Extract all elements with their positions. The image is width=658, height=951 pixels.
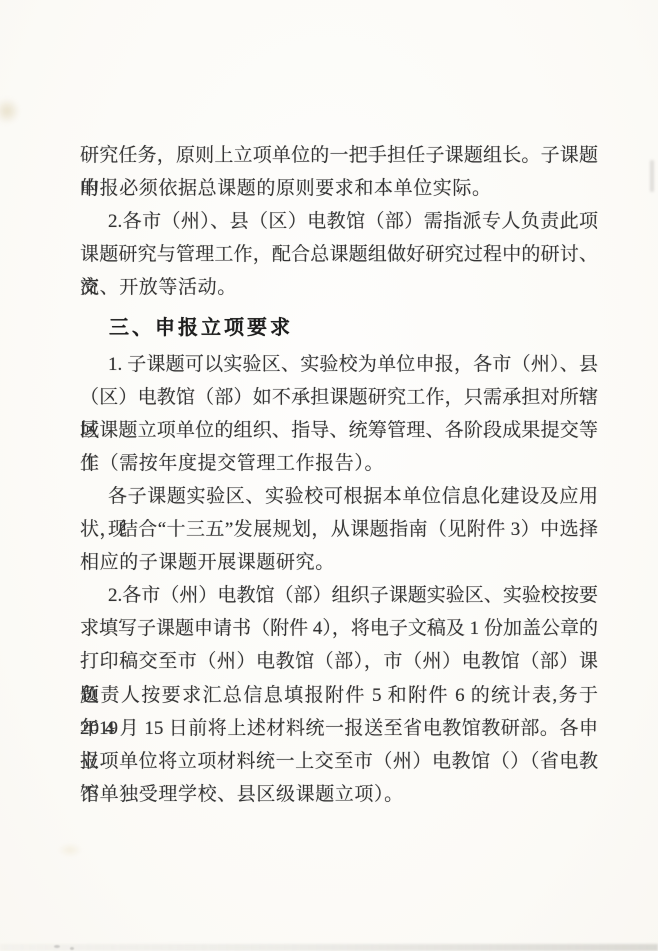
section-heading: 三、申报立项要求 [80,312,598,345]
text-line: 求填写子课题申请书（附件 4），将电子文稿及 1 份加盖公章的 [80,612,598,645]
scan-smudge-left-edge [0,98,20,124]
text-line: （区）电教馆（部）如不承担课题研究工作，只需承担对所辖区 [80,381,598,414]
text-line: 立项单位将立项材料统一上交至市（州）电教馆（）（省电教馆 [80,745,598,778]
text-line: 2.各市（州）、县（区）电教馆（部）需指派专人负责此项 [80,205,598,238]
text-line: 年 4 月 15 日前将上述材料统一报送至省电教馆教研部。各申报 [80,712,598,745]
scan-mark-right-edge [650,160,654,192]
text-line: 各子课题实验区、实验校可根据本单位信息化建设及应用现 [80,480,598,513]
scan-spot-bottom-left [58,843,82,857]
text-line: 相应的子课题开展课题研究。 [80,546,598,579]
text-line: 流、开放等活动。 [80,271,598,304]
text-line: 域课题立项单位的组织、指导、统筹管理、各阶段成果提交等工 [80,414,598,447]
scan-speck [54,945,60,948]
text-line: 负责人按要求汇总信息填报附件 5 和附件 6 的统计表,务于 2019 [80,679,598,712]
text-line: 研究任务，原则上立项单位的一把手担任子课题组长。子课题的 [80,139,598,172]
text-line: 不单独受理学校、县区级课题立项）。 [80,778,598,811]
text-line: 申报必须依据总课题的原则要求和本单位实际。 [80,172,598,205]
scan-shadow-bottom-edge [0,944,658,951]
text-block: 研究任务，原则上立项单位的一把手担任子课题组长。子课题的申报必须依据总课题的原则… [80,139,598,811]
text-line: 2.各市（州）电教馆（部）组织子课题实验区、实验校按要 [80,579,598,612]
text-line: 打印稿交至市（州）电教馆（部），市（州）电教馆（部）课题 [80,645,598,678]
document-page: 研究任务，原则上立项单位的一把手担任子课题组长。子课题的申报必须依据总课题的原则… [0,0,658,951]
scan-speck [70,947,74,950]
text-line: 课题研究与管理工作，配合总课题组做好研究过程中的研讨、交 [80,238,598,271]
text-line: 作（需按年度提交管理工作报告）。 [80,447,598,480]
text-line: 1. 子课题可以实验区、实验校为单位申报，各市（州）、县 [80,348,598,381]
text-line: 状，结合“十三五”发展规划，从课题指南（见附件 3）中选择 [80,513,598,546]
